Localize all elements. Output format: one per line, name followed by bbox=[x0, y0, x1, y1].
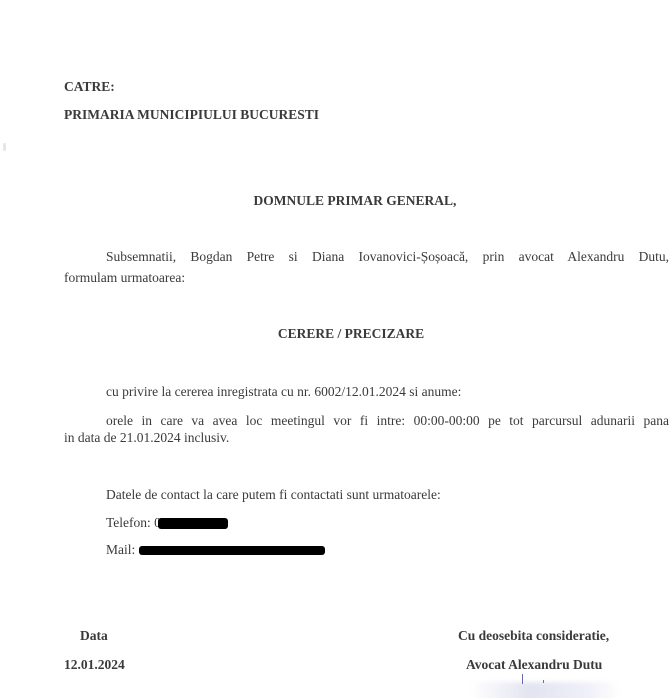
phone-label: Telefon: bbox=[106, 515, 151, 530]
document-title: CERERE / PRECIZARE bbox=[15, 326, 672, 342]
addressee-label: CATRE: bbox=[64, 79, 115, 95]
signature-stroke bbox=[522, 674, 523, 684]
intro-line-1: Subsemnatii, Bogdan Petre si Diana Iovan… bbox=[106, 249, 669, 265]
scan-artifact bbox=[3, 143, 6, 151]
reference-line: cu privire la cererea inregistrata cu nr… bbox=[106, 384, 461, 400]
closing-line: Cu deosebita consideratie, bbox=[458, 628, 609, 644]
mail-redaction bbox=[139, 546, 325, 555]
signature-smudge bbox=[470, 682, 620, 698]
salutation: DOMNULE PRIMAR GENERAL, bbox=[19, 193, 672, 209]
date-value: 12.01.2024 bbox=[64, 657, 125, 673]
signature-dot bbox=[543, 680, 544, 683]
phone-row: Telefon: 0 bbox=[106, 515, 228, 531]
signatory: Avocat Alexandru Dutu bbox=[466, 657, 602, 673]
addressee-institution: PRIMARIA MUNICIPIULUI BUCURESTI bbox=[64, 107, 319, 123]
date-label: Data bbox=[80, 628, 108, 644]
hours-line-2: in data de 21.01.2024 inclusiv. bbox=[64, 430, 229, 446]
hours-line-1: orele in care va avea loc meetingul vor … bbox=[106, 413, 669, 429]
contact-intro: Datele de contact la care putem fi conta… bbox=[106, 487, 441, 503]
intro-line-2: formulam urmatoarea: bbox=[64, 270, 185, 286]
mail-row: Mail: bbox=[106, 542, 325, 558]
mail-label: Mail: bbox=[106, 542, 135, 557]
phone-redaction bbox=[158, 518, 228, 529]
